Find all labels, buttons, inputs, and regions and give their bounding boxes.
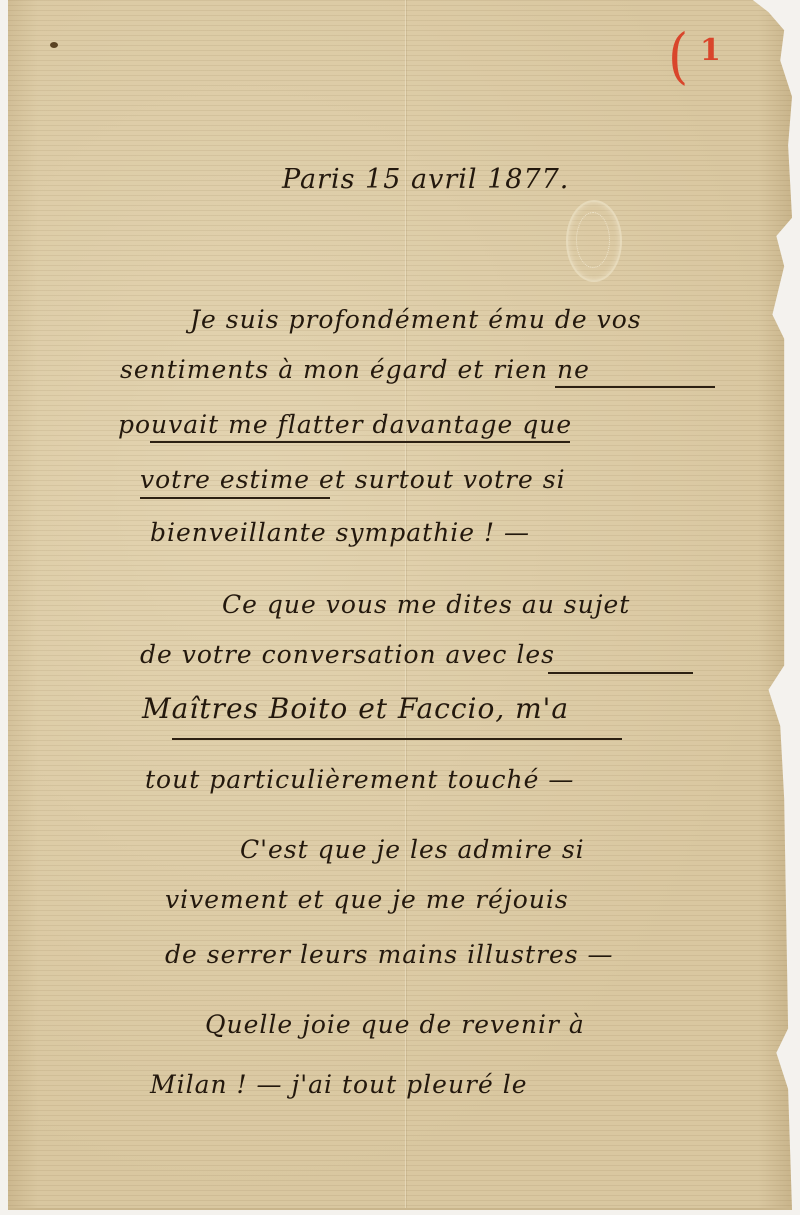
folio-number: 1: [700, 8, 721, 94]
ink-speck: [50, 42, 58, 48]
letter-line: Ce que vous me dites au sujet: [222, 590, 630, 619]
letter-line: Je suis profondément ému de vos: [190, 305, 642, 334]
date-line: Paris 15 avril 1877.: [282, 164, 569, 195]
underline-votre-estime: [140, 497, 330, 499]
letter-line: Quelle joie que de revenir à: [205, 1010, 585, 1039]
library-stamp-icon: [566, 200, 622, 282]
folio-mark: ( 1: [668, 14, 728, 100]
letter-line: sentiments à mon égard et rien ne: [120, 355, 590, 384]
letter-line: C'est que je les admire si: [240, 835, 585, 864]
letter-line: vivement et que je me réjouis: [165, 885, 569, 914]
underline-rien-ne: [555, 386, 715, 388]
letter-line: de votre conversation avec les: [140, 640, 555, 669]
folio-bracket: (: [668, 8, 688, 107]
letter-line: de serrer leurs mains illustres —: [165, 940, 614, 969]
underline-flatter: [150, 441, 570, 443]
letter-line: tout particulièrement touché —: [145, 765, 574, 794]
letter-line: pouvait me flatter davantage que: [118, 410, 572, 439]
underline-boito-faccio: [172, 738, 622, 740]
underline-avec-les: [548, 672, 693, 674]
letter-line: votre estime et surtout votre si: [140, 465, 566, 494]
letter-line: Milan ! — j'ai tout pleuré le: [150, 1070, 528, 1099]
letter-line: bienveillante sympathie ! —: [150, 518, 530, 547]
letter-line: Maîtres Boito et Faccio, m'a: [142, 692, 569, 725]
